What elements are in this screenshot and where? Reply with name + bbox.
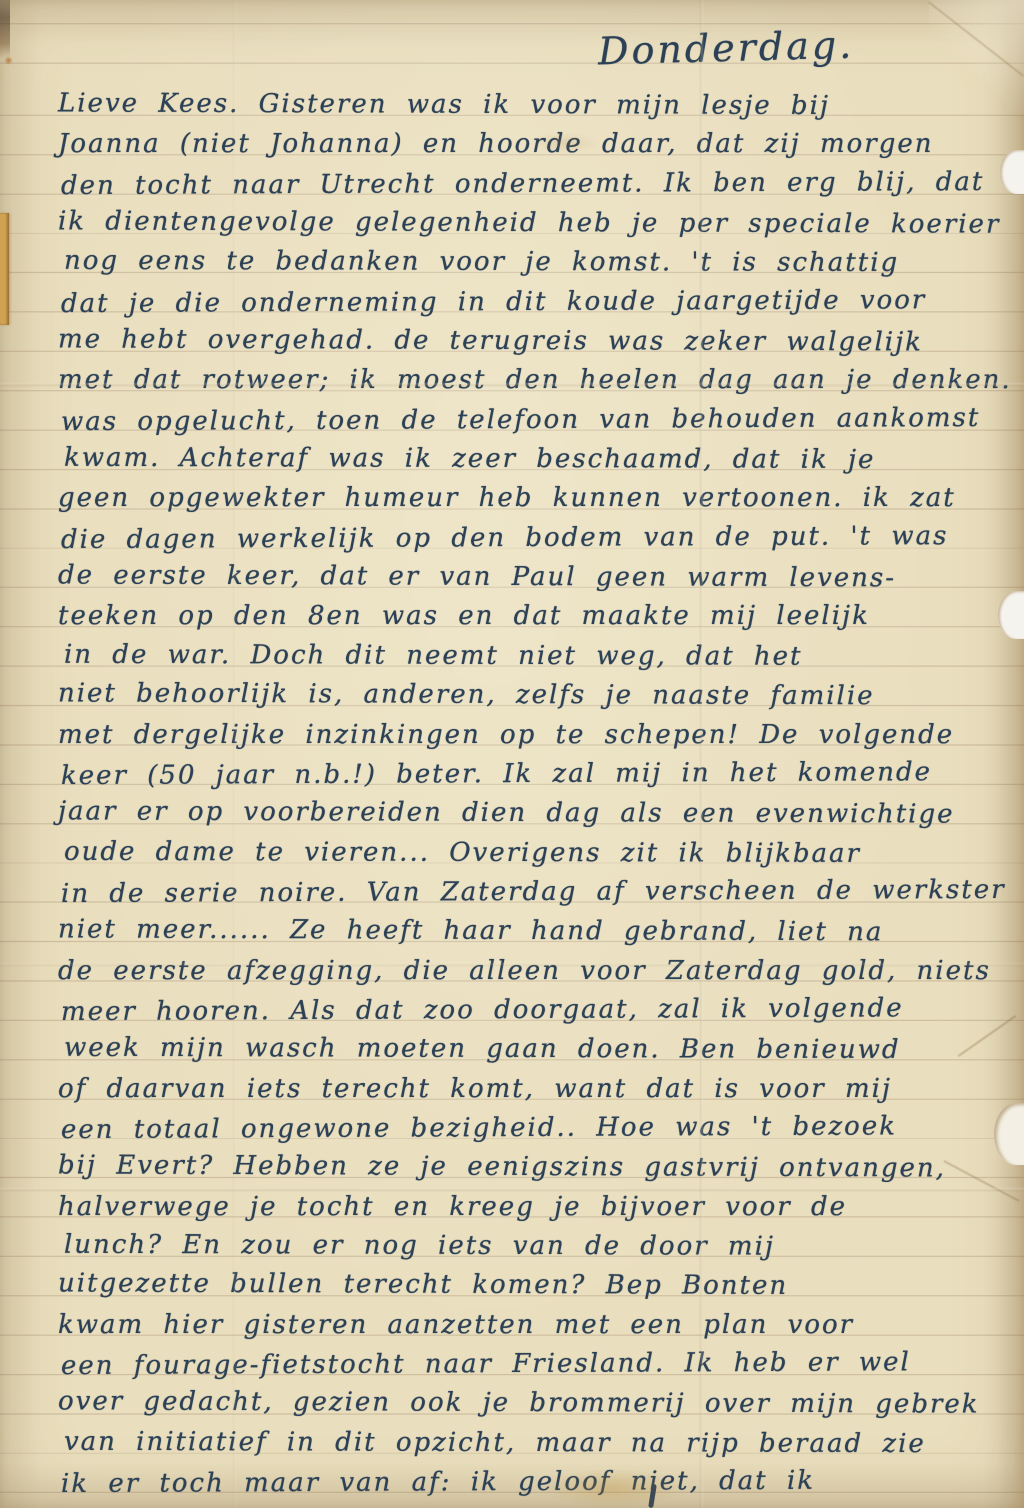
tape-residue [0, 213, 9, 325]
letter-line: die dagen werkelijk op den bodem van de … [61, 517, 991, 560]
letter-line: halverwege je tocht en kreeg je bijvoer … [58, 1188, 988, 1227]
faint-smudge [530, 132, 600, 154]
letter-line: Joanna (niet Johanna) en hoorde daar, da… [58, 125, 988, 164]
letter-line: ik dientengevolge gelegenheid heb je per… [58, 202, 988, 245]
letter-line: van initiatief in dit opzicht, maar na r… [64, 1422, 994, 1464]
letter-line: ik er toch maar van af: ik geloof niet, … [61, 1461, 991, 1504]
letter-line: jaar er op voorbereiden dien dag als een… [58, 793, 988, 836]
letter-line: was opgelucht, toen de telefoon van beho… [61, 399, 991, 442]
letter-body: Lieve Kees. Gisteren was ik voor mijn le… [58, 86, 988, 1502]
vertical-fold-crease [233, 0, 236, 1508]
letter-line: de eerste keer, dat er van Paul geen war… [58, 557, 988, 600]
letter-line: niet behoorlijk is, anderen, zelfs je na… [58, 675, 988, 718]
horizontal-fold-crease [0, 963, 1024, 966]
letter-line: me hebt overgehad. de terugreis was zeke… [58, 320, 988, 363]
dark-edge-mark [0, 0, 10, 58]
horizontal-fold-crease [0, 383, 1024, 386]
letter-line: lunch? En zou er nog iets van de door mi… [64, 1226, 994, 1268]
letter-line: geen opgewekter humeur heb kunnen vertoo… [58, 479, 988, 518]
letter-line: kwam. Achteraf was ik zeer beschaamd, da… [64, 439, 994, 481]
letter-line: den tocht naar Utrecht onderneemt. Ik be… [61, 163, 991, 206]
letter-line: met dergelijke inzinkingen op te schepen… [58, 716, 988, 755]
vertical-fold-crease [700, 0, 703, 1508]
letter-page: Donderdag. Lieve Kees. Gisteren was ik v… [0, 0, 1024, 1508]
letter-line: met dat rotweer; ik moest den heelen dag… [58, 361, 988, 400]
worn-right-edge [998, 0, 1024, 1508]
letter-line: een fourage-fietstocht naar Friesland. I… [61, 1343, 991, 1386]
letter-line: kwam hier gisteren aanzetten met een pla… [58, 1306, 988, 1345]
rust-stain [4, 56, 13, 65]
letter-line: week mijn wasch moeten gaan doen. Ben be… [64, 1029, 994, 1071]
letter-heading: Donderdag. [597, 23, 854, 74]
letter-line: of daarvan iets terecht komt, want dat i… [58, 1070, 988, 1109]
bottom-stain [542, 1468, 682, 1508]
letter-line: oude dame te vieren... Overigens zit ik … [64, 832, 994, 874]
letter-line: meer hooren. Als dat zoo doorgaat, zal i… [61, 989, 991, 1032]
letter-line: de eerste afzegging, die alleen voor Zat… [58, 952, 988, 991]
horizontal-fold-crease [0, 1188, 1024, 1191]
letter-line: nog eens te bedanken voor je komst. 't i… [64, 242, 994, 284]
letter-line: Lieve Kees. Gisteren was ik voor mijn le… [58, 84, 988, 127]
letter-line: bij Evert? Hebben ze je eenigszins gastv… [58, 1147, 988, 1190]
corner-fold-highlight [929, 0, 1024, 115]
letter-line: teeken op den 8en was en dat maakte mij … [58, 597, 988, 636]
letter-line: uitgezette bullen terecht komen? Bep Bon… [58, 1265, 988, 1308]
letter-line: over gedacht, gezien ook je brommerij ov… [58, 1383, 988, 1426]
letter-line: keer (50 jaar n.b.!) beter. Ik zal mij i… [61, 753, 991, 796]
letter-line: een totaal ongewone bezigheid.. Hoe was … [61, 1107, 991, 1150]
letter-line: niet meer...... Ze heeft haar hand gebra… [58, 911, 988, 954]
letter-line: in de war. Doch dit neemt niet weg, dat … [64, 636, 994, 678]
letter-line: dat je die onderneming in dit koude jaar… [61, 281, 991, 324]
letter-line: in de serie noire. Van Zaterdag af versc… [61, 871, 991, 914]
torn-edge-notch [1000, 150, 1024, 194]
